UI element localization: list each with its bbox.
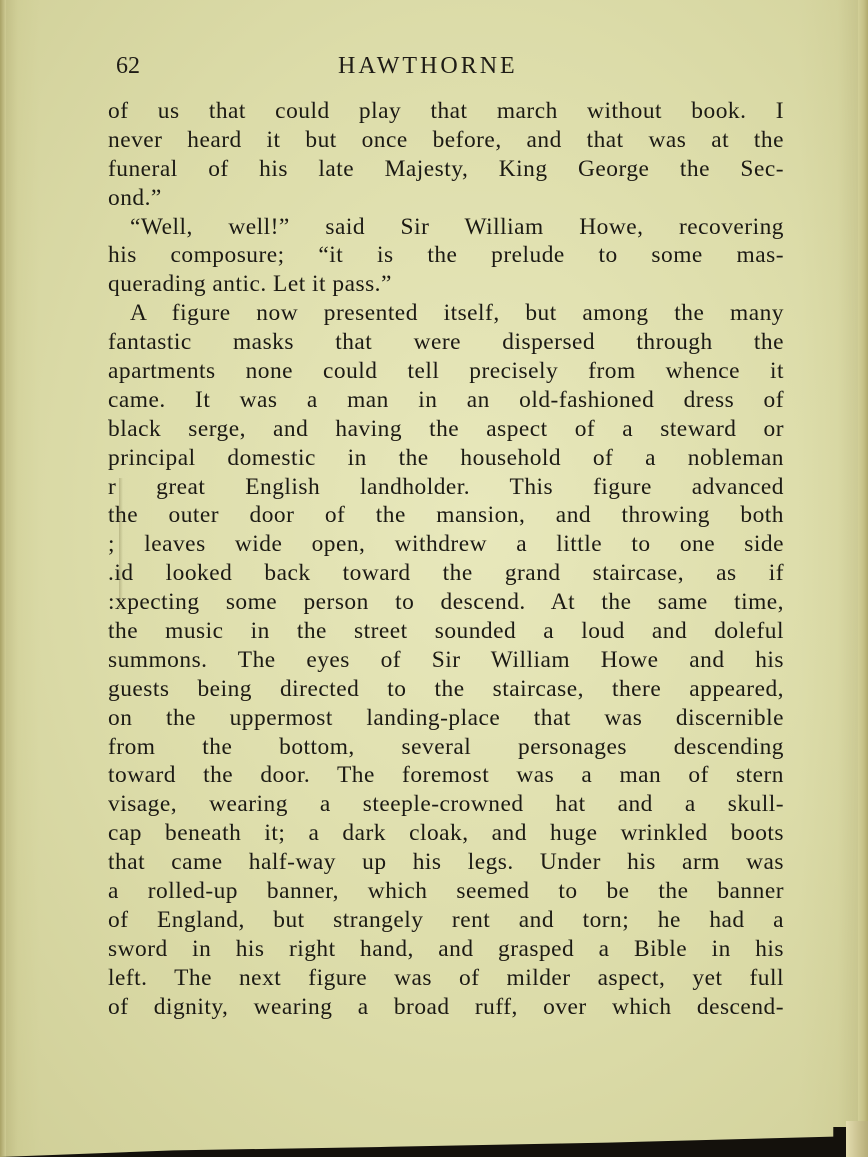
page-gutter-edge [0, 0, 6, 1157]
text-line: r great English landholder. This figure … [108, 473, 784, 502]
page-number: 62 [116, 52, 140, 80]
text-line: of dignity, wearing a broad ruff, over w… [108, 993, 784, 1022]
text-line: visage, wearing a steeple-crowned hat an… [108, 790, 784, 819]
text-line: sword in his right hand, and grasped a B… [108, 935, 784, 964]
text-line: fantastic masks that were dispersed thro… [108, 328, 784, 357]
text-line: never heard it but once before, and that… [108, 126, 784, 155]
text-line: of us that could play that march without… [108, 97, 784, 126]
page-curl-shadow [0, 1127, 868, 1157]
text-line: cap beneath it; a dark cloak, and huge w… [108, 819, 784, 848]
text-line: of England, but strangely rent and torn;… [108, 906, 784, 935]
text-line: principal domestic in the household of a… [108, 444, 784, 473]
text-line: .id looked back toward the grand stairca… [108, 559, 784, 588]
running-title: HAWTHORNE [338, 52, 518, 80]
page-right-edge [858, 0, 868, 1130]
text-line: black serge, and having the aspect of a … [108, 415, 784, 444]
page-corner [846, 1121, 868, 1157]
text-line: apartments none could tell precisely fro… [108, 357, 784, 386]
book-page: 62 HAWTHORNE of us that could play that … [0, 0, 868, 1157]
text-line: ; leaves wide open, withdrew a little to… [108, 530, 784, 559]
text-line: that came half-way up his legs. Under hi… [108, 848, 784, 877]
text-line: toward the door. The foremost was a man … [108, 761, 784, 790]
text-line: ond.” [108, 184, 784, 213]
text-line: left. The next figure was of milder aspe… [108, 964, 784, 993]
page-header: 62 HAWTHORNE [116, 52, 788, 82]
text-line: the outer door of the mansion, and throw… [108, 501, 784, 530]
text-line: came. It was a man in an old-fashioned d… [108, 386, 784, 415]
text-line: on the uppermost landing-place that was … [108, 704, 784, 733]
text-line: from the bottom, several personages desc… [108, 733, 784, 762]
text-line: querading antic. Let it pass.” [108, 270, 784, 299]
text-line: summons. The eyes of Sir William Howe an… [108, 646, 784, 675]
text-line: guests being directed to the staircase, … [108, 675, 784, 704]
text-line: a rolled-up banner, which seemed to be t… [108, 877, 784, 906]
text-line: the music in the street sounded a loud a… [108, 617, 784, 646]
text-line: A figure now presented itself, but among… [108, 299, 784, 328]
body-text: of us that could play that march without… [108, 97, 784, 1022]
text-line: “Well, well!” said Sir William Howe, rec… [108, 213, 784, 242]
text-line: his composure; “it is the prelude to som… [108, 241, 784, 270]
text-line: funeral of his late Majesty, King George… [108, 155, 784, 184]
text-line: :xpecting some person to descend. At the… [108, 588, 784, 617]
